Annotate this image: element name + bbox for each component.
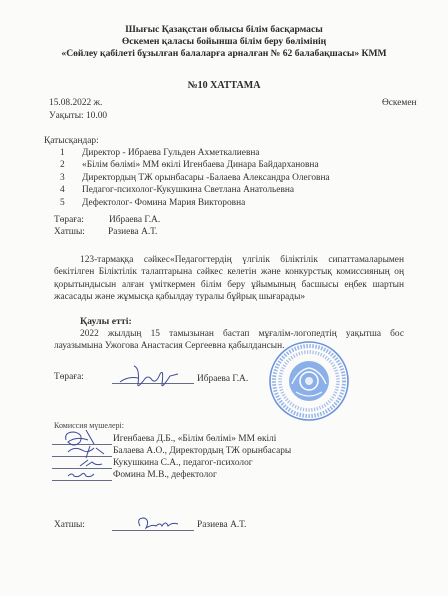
member-3: Кукушкина С.А., педагог-психолог: [113, 458, 253, 468]
participant-item: 1Директор - Ибраева Гульден Ахметкалиевн…: [60, 148, 330, 160]
participants-label: Қатысқандар:: [44, 136, 99, 146]
chair-signature-icon: [116, 364, 186, 390]
participant-item: 3Директордың ТЖ орынбасары -Балаева Алек…: [60, 173, 330, 185]
participants-list: 1Директор - Ибраева Гульден Ахметкалиевн…: [60, 148, 330, 210]
header-line-3: «Сөйлеу қабілеті бұзылған балаларға арна…: [0, 48, 448, 59]
signature-secretary-label: Хатшы:: [54, 520, 85, 530]
header-line-2: Өскемен қаласы бойынша білім беру бөлімі…: [0, 36, 448, 47]
member-1: Игенбаева Д.Б., «Білім бөлімі» ММ өкілі: [113, 434, 276, 444]
members-signatures-icon: [60, 426, 110, 482]
chair-label: Төраға:: [54, 215, 84, 225]
document-date: 15.08.2022 ж.: [49, 98, 102, 108]
secretary-label: Хатшы:: [54, 227, 85, 237]
signature-chair-label: Төраға:: [54, 372, 84, 382]
header-line-1: Шығыс Қазақстан облысы білім басқармасы: [0, 24, 448, 35]
secretary-name: Разиева А.Т.: [108, 227, 157, 237]
document-title: №10 ХАТТАМА: [0, 80, 448, 91]
signature-chair-name: Ибраева Г.А.: [197, 374, 248, 384]
member-4: Фомина М.В., дефектолог: [113, 470, 217, 480]
member-2: Балаева А.О., Директордың ТЖ орынбасары: [113, 446, 291, 456]
signature-secretary-name: Разиева А.Т.: [197, 520, 246, 530]
chair-name: Ибраева Г.А.: [109, 215, 160, 225]
document-time: Уақыты: 10.00: [49, 111, 107, 121]
secretary-signature-icon: [134, 514, 184, 532]
resolution-text: 2022 жылдың 15 тамызынан бастап мұғалім-…: [54, 328, 404, 353]
resolution-label: Қаулы етті:: [80, 316, 132, 327]
body-paragraph: 123-тармаққа сәйкес«Педагогтердің үлгілі…: [54, 254, 404, 304]
document-city: Өскемен: [382, 98, 417, 108]
participant-item: 4Педагог-психолог-Кукушкина Светлана Ана…: [60, 185, 330, 197]
participant-item: 2«Білім бөлімі» ММ өкілі Игенбаева Динар…: [60, 160, 330, 172]
participant-item: 5Дефектолог- Фомина Мария Викторовна: [60, 198, 330, 210]
official-stamp-icon: [268, 340, 350, 422]
